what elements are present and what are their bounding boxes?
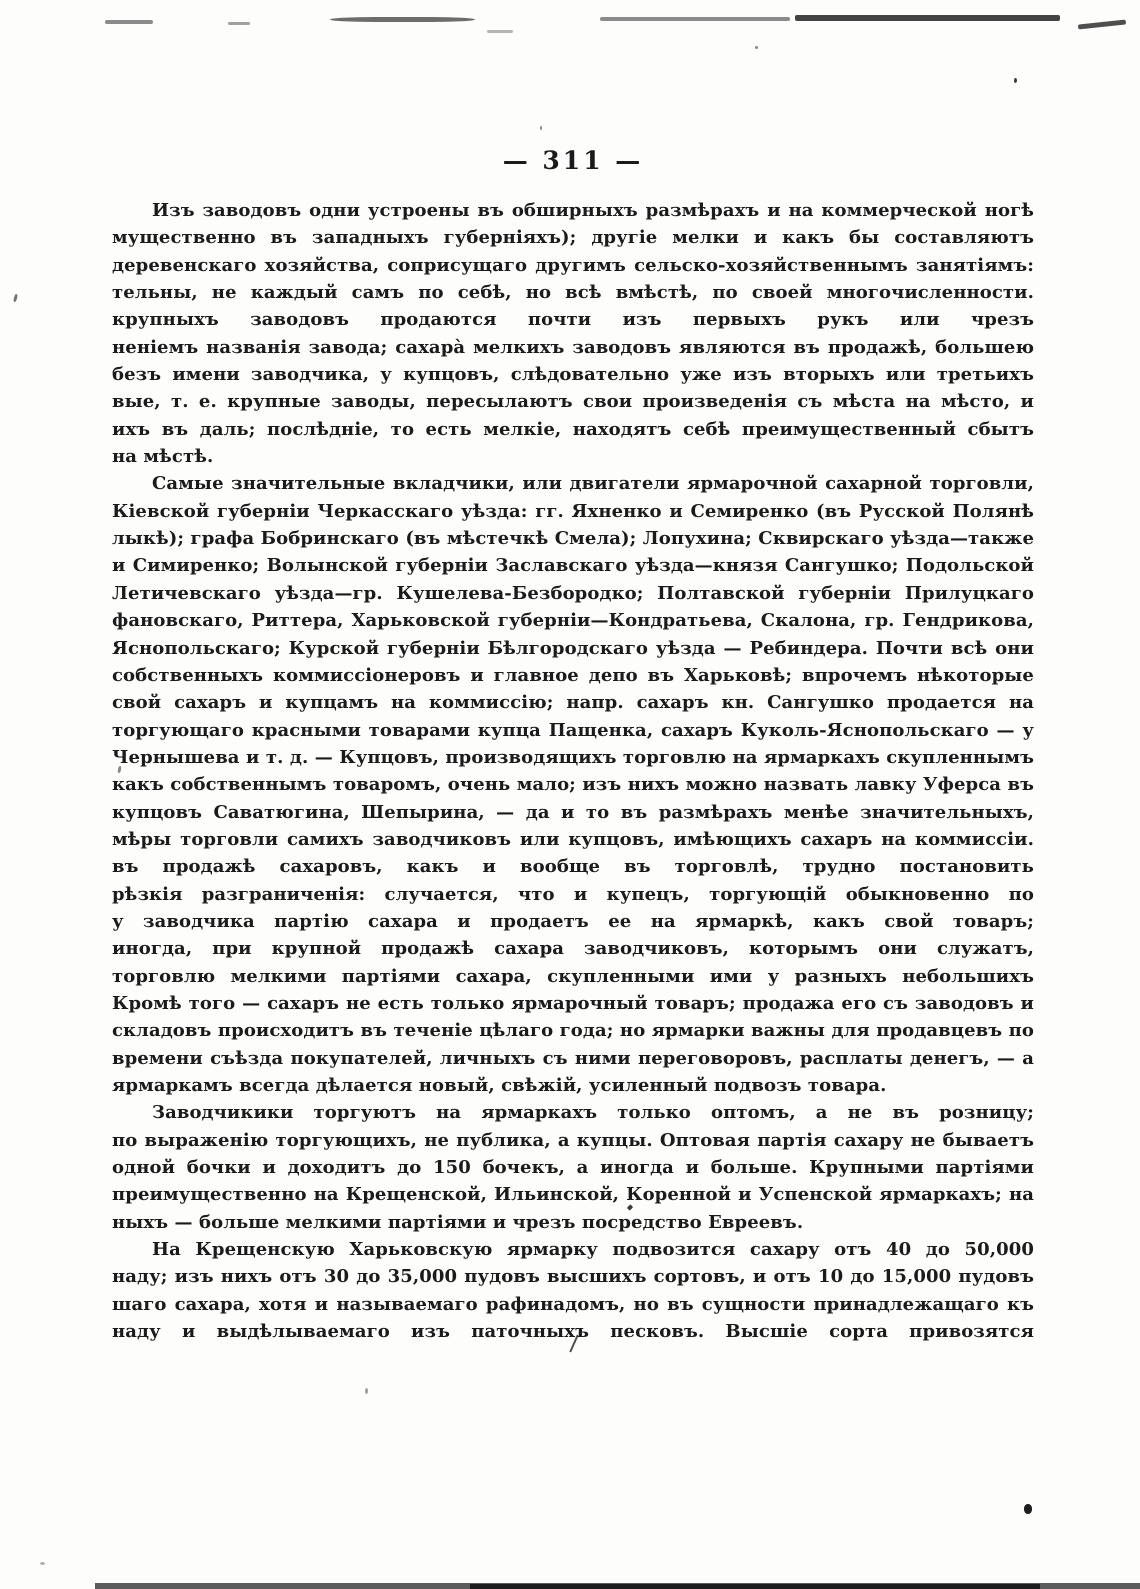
text-line: торгующаго красными товарами купца Пащен… [112,717,1034,744]
page-number: — 311 — [112,146,1034,175]
text-line: ихъ въ даль; послѣдніе, то есть мелкіе, … [112,416,1034,443]
text-line: безъ имени заводчика, у купцовъ, слѣдова… [112,361,1034,388]
text-line: крупныхъ заводовъ продаются почти изъ пе… [112,306,1034,333]
scan-artifact-top-streak [795,15,1060,21]
text-line: На Крещенскую Харьковскую ярмарку подвоз… [112,1236,1034,1263]
text-line: купцовъ Саватюгина, Шепырина, — да и то … [112,799,1034,826]
text-line: на мѣстѣ. [112,443,1034,470]
text-line: какъ собственнымъ товаромъ, очень мало; … [112,771,1034,798]
text-line: неніемъ названія завода; сахара̀ мелкихъ… [112,334,1034,361]
text-line: Кіевской губерніи Черкасскаго уѣзда: гг.… [112,498,1034,525]
scanned-book-page: — 311 — Изъ заводовъ одни устроены въ об… [0,0,1140,1589]
text-line: Летичевскаго уѣзда—гр. Кушелева-Безбород… [112,580,1034,607]
text-line: ярмаркамъ всегда дѣлается новый, свѣжій,… [112,1072,1034,1099]
text-line: ныхъ — больше мелкими партіями и чрезъ п… [112,1209,1034,1236]
text-line: по выраженію торгующихъ, не публика, а к… [112,1127,1034,1154]
text-line: Изъ заводовъ одни устроены въ обширныхъ … [112,197,1034,224]
text-line: мущественно въ западныхъ губерніяхъ); др… [112,224,1034,251]
scan-artifact-speck [755,46,758,49]
text-line: времени съѣзда покупателей, личныхъ съ н… [112,1045,1034,1072]
paragraph: На Крещенскую Харьковскую ярмарку подвоз… [112,1236,1034,1345]
text-line: складовъ происходитъ въ теченіе цѣлаго г… [112,1017,1034,1044]
scan-artifact-top-right-squiggle [1078,20,1126,30]
text-line: фановскаго, Риттера, Харьковской губерні… [112,607,1034,634]
text-line: деревенскаго хозяйства, соприсущаго друг… [112,252,1034,279]
scan-artifact-speck [540,126,542,130]
scan-artifact-top-streak [600,17,790,21]
scan-artifact-bottom-edge-shadow [95,1583,1140,1589]
scan-artifact-speck [1014,78,1017,83]
text-line: Самые значительные вкладчики, или двигат… [112,470,1034,497]
text-line: тельны, не каждый самъ по себѣ, но всѣ в… [112,279,1034,306]
paragraph: Изъ заводовъ одни устроены въ обширныхъ … [112,197,1034,470]
text-line: Чернышева и т. д. — Купцовъ, производящи… [112,744,1034,771]
text-line: преимущественно на Крещенской, Ильинской… [112,1181,1034,1208]
text-line: иногда, при крупной продажѣ сахара завод… [112,935,1034,962]
paragraph: Самые значительные вкладчики, или двигат… [112,470,1034,1099]
text-line: у заводчика партію сахара и продаетъ ее … [112,908,1034,935]
scan-artifact-top-streak [487,30,513,33]
scan-artifact-top-streak [330,17,475,22]
text-line: Яснопольскаго; Курской губерніи Бѣлгород… [112,635,1034,662]
text-line: шаго сахара, хотя и называемаго рафинадо… [112,1291,1034,1318]
text-line: одной бочки и доходитъ до 150 бочекъ, а … [112,1154,1034,1181]
text-line: лыкѣ); графа Бобринскаго (въ мѣстечкѣ См… [112,525,1034,552]
scan-artifact-bottom-dot [1024,1504,1032,1514]
text-line: мѣры торговли самихъ заводчиковъ или куп… [112,826,1034,853]
text-line: собственныхъ коммиссіонеровъ и главное д… [112,662,1034,689]
text-block: Изъ заводовъ одни устроены въ обширныхъ … [112,197,1034,1345]
text-line: торговлю мелкими партіями сахара, скупле… [112,963,1034,990]
text-line: свой сахаръ и купцамъ на коммиссію; напр… [112,689,1034,716]
text-line: рѣзкія разграниченія: случается, что и к… [112,881,1034,908]
scan-artifact-speck [365,1388,368,1394]
scan-artifact-top-streak [228,22,250,25]
text-line: Кромѣ того — сахаръ не есть только ярмар… [112,990,1034,1017]
text-line: въ продажѣ сахаровъ, какъ и вообще въ то… [112,853,1034,880]
scan-artifact-margin-comma [13,294,18,303]
paragraph: Заводчикики торгуютъ на ярмаркахъ только… [112,1099,1034,1236]
text-line: вые, т. е. крупные заводы, пересылаютъ с… [112,388,1034,415]
text-line: наду и выдѣлываемаго изъ паточныхъ песко… [112,1318,1034,1345]
text-line: наду; изъ нихъ отъ 30 до 35,000 пудовъ в… [112,1263,1034,1290]
text-line: и Симиренко; Волынской губерніи Заславск… [112,552,1034,579]
scan-artifact-top-streak [105,20,153,24]
text-line: Заводчикики торгуютъ на ярмаркахъ только… [112,1099,1034,1126]
scan-artifact-bottom-edge-shadow [470,1584,1040,1589]
scan-artifact-speck [40,1562,45,1565]
